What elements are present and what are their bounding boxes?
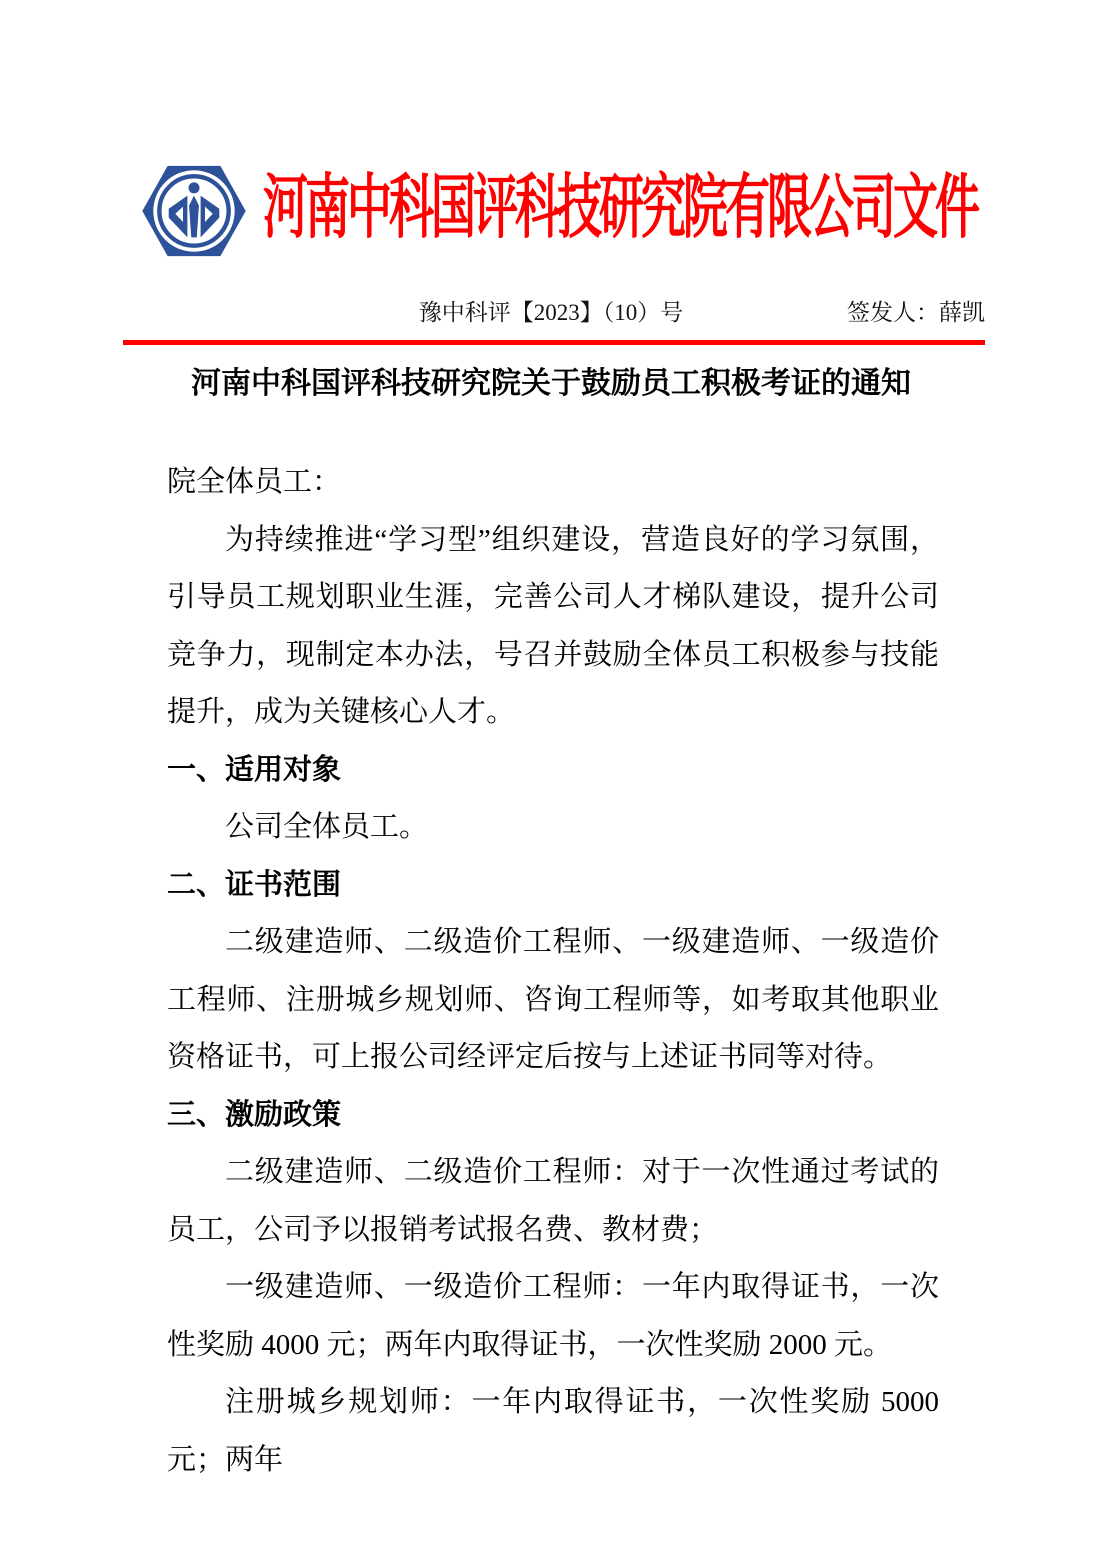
red-divider-line xyxy=(123,340,985,345)
section-2-paragraph: 二级建造师、二级造价工程师、一级建造师、一级造价工程师、注册城乡规划师、咨询工程… xyxy=(167,914,939,1087)
document-title: 河南中科国评科技研究院关于鼓励员工积极考证的通知 xyxy=(0,358,1102,402)
section-3-paragraph-3: 注册城乡规划师：一年内取得证书，一次性奖励 5000 元；两年 xyxy=(167,1374,939,1489)
section-3-paragraph-2: 一级建造师、一级造价工程师：一年内取得证书，一次性奖励 4000 元；两年内取得… xyxy=(167,1259,939,1374)
section-heading-1: 一、适用对象 xyxy=(167,742,939,800)
intro-paragraph: 为持续推进“学习型”组织建设，营造良好的学习氛围，引导员工规划职业生涯，完善公司… xyxy=(167,512,939,742)
doc-number-row: 豫中科评【2023】（10）号 签发人：薛凯 xyxy=(0,297,1102,329)
masthead-title: 河南中科国评科技研究院有限公司文件 xyxy=(263,152,988,264)
issuer-label: 签发人：薛凯 xyxy=(847,297,985,329)
hexagon-emblem-icon xyxy=(138,156,250,266)
company-logo-icon xyxy=(138,156,250,266)
salutation-line: 院全体员工： xyxy=(167,454,939,512)
document-page: 河南中科国评科技研究院有限公司文件 豫中科评【2023】（10）号 签发人：薛凯… xyxy=(0,0,1102,1559)
section-3-paragraph-1: 二级建造师、二级造价工程师：对于一次性通过考试的员工，公司予以报销考试报名费、教… xyxy=(167,1144,939,1259)
section-heading-3: 三、激励政策 xyxy=(167,1087,939,1145)
section-1-paragraph: 公司全体员工。 xyxy=(167,799,939,857)
document-body: 院全体员工： 为持续推进“学习型”组织建设，营造良好的学习氛围，引导员工规划职业… xyxy=(167,454,939,1489)
section-heading-2: 二、证书范围 xyxy=(167,857,939,915)
